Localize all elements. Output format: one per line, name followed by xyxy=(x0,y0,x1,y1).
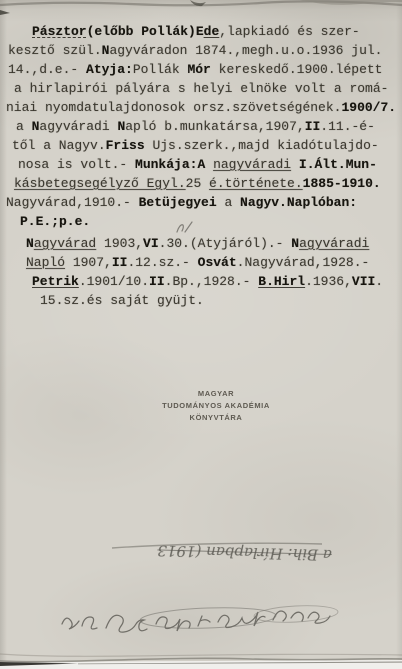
typed-run: kásbetegsegélyző Egyl. xyxy=(14,176,186,191)
typed-run: 1903, xyxy=(96,236,143,251)
typed-run: Ujs.szerk.,majd kiadótulajdo- xyxy=(145,138,379,153)
typed-line: Pásztor(előbb Pollák)Ede,lapkiadó és sze… xyxy=(6,22,400,41)
library-stamp: MAGYAR TUDOMÁNYOS AKADÉMIA KÖNYVTÁRA xyxy=(130,388,302,424)
typed-run: Petrik xyxy=(32,274,79,289)
typed-run: B.Hirl xyxy=(258,274,305,289)
stamp-line-3: KÖNYVTÁRA xyxy=(130,412,302,424)
typed-line: től a Nagyv.Friss Ujs.szerk.,majd kiadót… xyxy=(6,136,400,155)
typed-line: a Nagyváradi Napló b.munkatársa,1907,II.… xyxy=(6,117,400,136)
typed-run: Osvát xyxy=(198,255,237,270)
typed-run: N xyxy=(291,236,299,251)
typed-run: nosa is volt.- xyxy=(18,157,135,172)
typed-paragraph-bio: Pásztor(előbb Pollák)Ede,lapkiadó és sze… xyxy=(6,22,400,231)
typed-run: a xyxy=(16,119,32,134)
typed-run: nagyváradi xyxy=(213,157,291,172)
typed-run: Pollák xyxy=(133,62,188,77)
typed-run: A xyxy=(197,157,213,172)
typed-run: ,lapkiadó és szer- xyxy=(219,24,359,39)
typed-run: .1901/10. xyxy=(79,274,149,289)
typed-run: 1885-1910. xyxy=(303,176,381,191)
stamp-line-1: MAGYAR xyxy=(130,388,302,400)
typed-run: .30.(Atyjáról).- xyxy=(159,236,292,251)
typed-run: E xyxy=(196,24,204,39)
typed-line: Nagyvárad 1903,VI.30.(Atyjáról).- Nagyvá… xyxy=(6,234,400,253)
typed-run: 14.,d.e.- xyxy=(8,62,86,77)
typed-run: 1907, xyxy=(65,255,112,270)
typed-run: VI xyxy=(143,236,159,251)
typed-run: agyváradi xyxy=(299,236,369,251)
typed-run: 25 xyxy=(186,176,209,191)
typed-line: 15.sz.és saját gyüjt. xyxy=(6,291,400,310)
typed-run: Napló xyxy=(26,255,65,270)
typed-run: de xyxy=(204,24,220,39)
typed-run: II xyxy=(112,255,128,270)
typed-run: I.Ált.Mun- xyxy=(299,157,377,172)
typed-run: Nagyv.Naplóban: xyxy=(240,195,357,210)
typed-line: Petrik.1901/10.II.Bp.,1928.- B.Hirl.1936… xyxy=(6,272,400,291)
typed-run: Friss xyxy=(106,138,145,153)
typed-run: 15.sz.és saját gyüjt. xyxy=(40,293,204,308)
scanned-card-page: Pásztor(előbb Pollák)Ede,lapkiadó és sze… xyxy=(0,0,402,669)
typed-paragraph-sources: Nagyvárad 1903,VI.30.(Atyjáról).- Nagyvá… xyxy=(6,234,400,310)
typed-run: agyváradon 1874.,megh.u.o.1936 jul. xyxy=(109,43,382,58)
typed-line: kesztő szül.Nagyváradon 1874.,megh.u.o.1… xyxy=(6,41,400,60)
typed-run: a xyxy=(217,195,240,210)
typed-run: kesztő szül. xyxy=(8,43,102,58)
typed-run: (előbb Pollák) xyxy=(87,24,196,39)
typed-line: nosa is volt.- Munkája:A nagyváradi I.Ál… xyxy=(6,155,400,174)
typed-run: agyvárad xyxy=(34,236,96,251)
typed-line: P.E.;p.e. xyxy=(6,212,400,231)
typed-line: 14.,d.e.- Atyja:Pollák Mór kereskedő.190… xyxy=(6,60,400,79)
typed-run: II xyxy=(305,119,321,134)
typed-run: agyváradi xyxy=(39,119,117,134)
typed-run: től a Nagyv. xyxy=(12,138,106,153)
typed-run: Mór xyxy=(187,62,210,77)
typed-run: P.E.;p.e. xyxy=(20,214,90,229)
typed-run: Pásztor xyxy=(32,24,87,39)
typed-line: a hirlapirói pályára s helyi elnöke volt… xyxy=(6,79,400,98)
typed-run: .1936, xyxy=(305,274,352,289)
handwritten-signature-scribble xyxy=(48,596,348,648)
handwritten-note-strike-line xyxy=(110,538,325,552)
typed-run: a hirlapirói pályára s helyi elnöke volt… xyxy=(14,81,388,96)
typed-run: Betüjegyei xyxy=(139,195,217,210)
typed-line: kásbetegsegélyző Egyl.25 é.története.188… xyxy=(6,174,400,193)
typed-line: Napló 1907,II.12.sz.- Osvát.Nagyvárad,19… xyxy=(6,253,400,272)
typed-run xyxy=(291,157,299,172)
typed-run: Atyja: xyxy=(86,62,133,77)
typed-run: 1900/7. xyxy=(341,100,396,115)
typed-run: II xyxy=(149,274,165,289)
top-edge-crease xyxy=(0,0,402,22)
typed-run: .11.-é- xyxy=(320,119,375,134)
bottom-edge-crease xyxy=(0,646,402,669)
stamp-line-2: TUDOMÁNYOS AKADÉMIA xyxy=(130,400,302,412)
typed-run: . xyxy=(375,274,383,289)
typed-run: .Bp.,1928.- xyxy=(165,274,259,289)
typed-run: Nagyvárad,1910.- xyxy=(6,195,139,210)
typed-run: kereskedő.1900.lépett xyxy=(211,62,383,77)
typed-run: N xyxy=(26,236,34,251)
typed-run: é.története. xyxy=(209,176,303,191)
typed-line: Nagyvárad,1910.- Betüjegyei a Nagyv.Napl… xyxy=(6,193,400,212)
typed-run: .12.sz.- xyxy=(127,255,197,270)
typed-run: VII xyxy=(352,274,375,289)
typed-run: niai nyomdatulajdonosok orsz.szövetségén… xyxy=(6,100,341,115)
typed-run: .Nagyvárad,1928.- xyxy=(237,255,370,270)
pencil-mark-icon xyxy=(174,219,196,235)
typed-run: apló b.munkatársa,1907, xyxy=(125,119,304,134)
typed-run: Munkája: xyxy=(135,157,197,172)
typed-line: niai nyomdatulajdonosok orsz.szövetségén… xyxy=(6,98,400,117)
